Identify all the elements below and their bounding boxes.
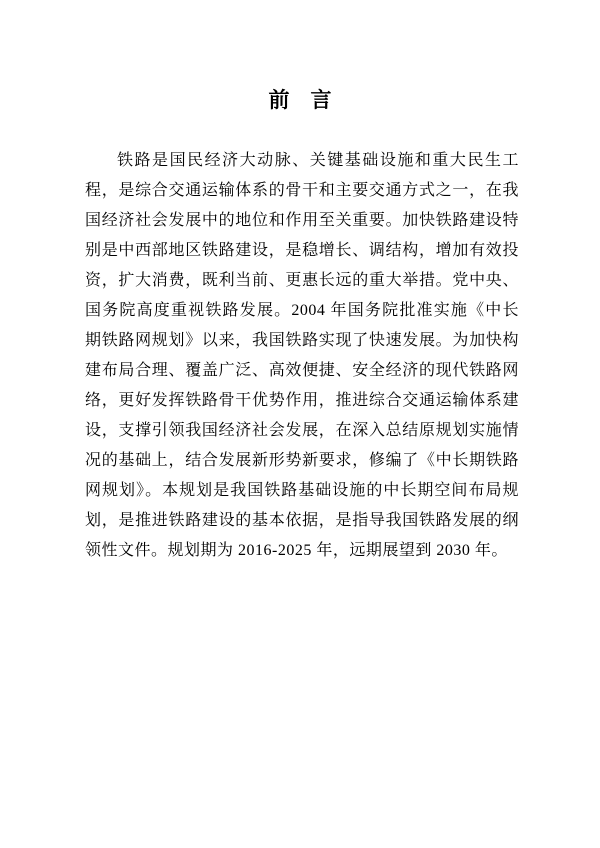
page-title: 前 言 xyxy=(0,88,600,113)
preface-paragraph: 铁路是国民经济大动脉、关键基础设施和重大民生工程，是综合交通运输体系的骨干和主要… xyxy=(85,146,519,566)
document-page: 前 言 铁路是国民经济大动脉、关键基础设施和重大民生工程，是综合交通运输体系的骨… xyxy=(0,0,600,848)
